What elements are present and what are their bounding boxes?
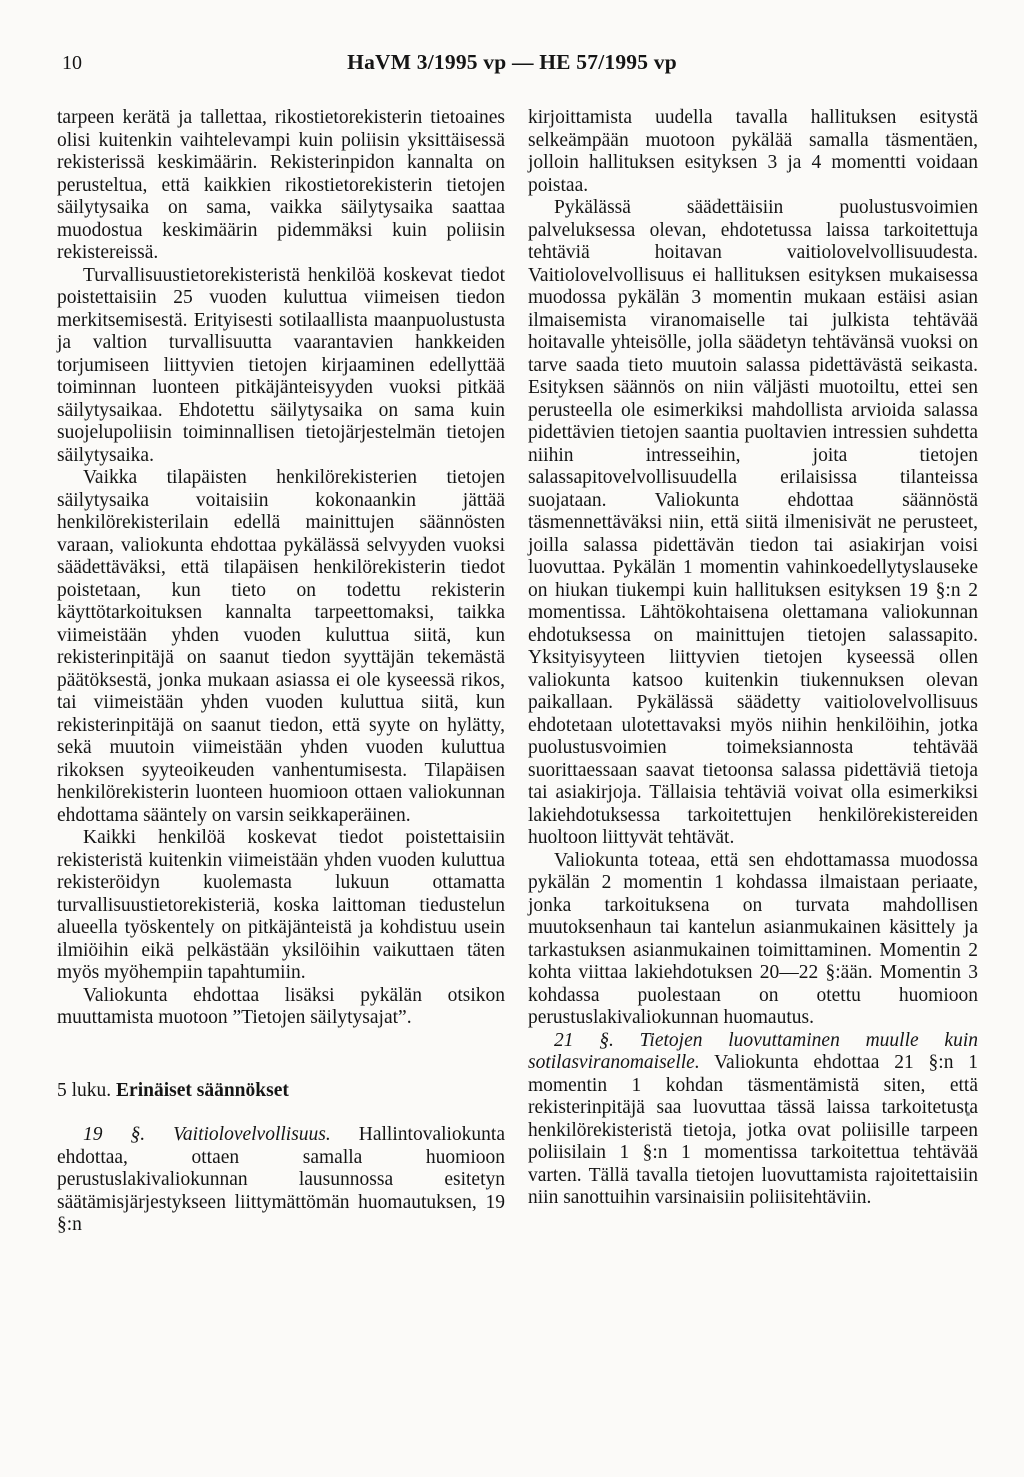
- document-page: 10 HaVM 3/1995 vp — HE 57/1995 vp tarpee…: [0, 0, 1024, 1477]
- text-columns: tarpeen kerätä ja tallettaa, rikostietor…: [57, 107, 978, 1237]
- paragraph: Kaikki henkilöä koskevat tiedot poistett…: [57, 827, 505, 985]
- page-header: 10 HaVM 3/1995 vp — HE 57/1995 vp: [0, 50, 1024, 78]
- paragraph: Valiokunta toteaa, että sen ehdottamassa…: [528, 850, 978, 1030]
- paragraph: Pykälässä säädettäisiin puolustusvoimien…: [528, 197, 978, 850]
- right-column: kirjoittamista uudella tavalla hallituks…: [528, 107, 978, 1237]
- page-number: 10: [62, 52, 82, 74]
- chapter-title: Erinäiset säännökset: [116, 1080, 289, 1101]
- paragraph: Valiokunta ehdottaa lisäksi pykälän otsi…: [57, 985, 505, 1030]
- left-column: tarpeen kerätä ja tallettaa, rikostietor…: [57, 107, 505, 1237]
- section-body-text: Valiokunta ehdottaa 21 §:n 1 momentin 1 …: [528, 1052, 978, 1208]
- section-lead-italic: 19 §. Vaitiolovelvollisuus.: [83, 1124, 331, 1145]
- paragraph: Vaikka tilapäisten henkilörekisterien ti…: [57, 467, 505, 827]
- chapter-number: 5 luku.: [57, 1080, 111, 1101]
- paragraph: Turvallisuustietorekisteristä henkilöä k…: [57, 265, 505, 468]
- document-title: HaVM 3/1995 vp — HE 57/1995 vp: [0, 50, 1024, 74]
- paragraph-continuation: kirjoittamista uudella tavalla hallituks…: [528, 107, 978, 197]
- paragraph-section-21: 21 §. Tietojen luovuttaminen muulle kuin…: [528, 1030, 978, 1210]
- chapter-heading: 5 luku. Erinäiset säännökset: [57, 1080, 505, 1103]
- paragraph-continuation: tarpeen kerätä ja tallettaa, rikostietor…: [57, 107, 505, 265]
- paragraph-section-19: 19 §. Vaitiolovelvollisuus. Hallintovali…: [57, 1124, 505, 1237]
- scan-artifact-speck: [966, 1112, 970, 1116]
